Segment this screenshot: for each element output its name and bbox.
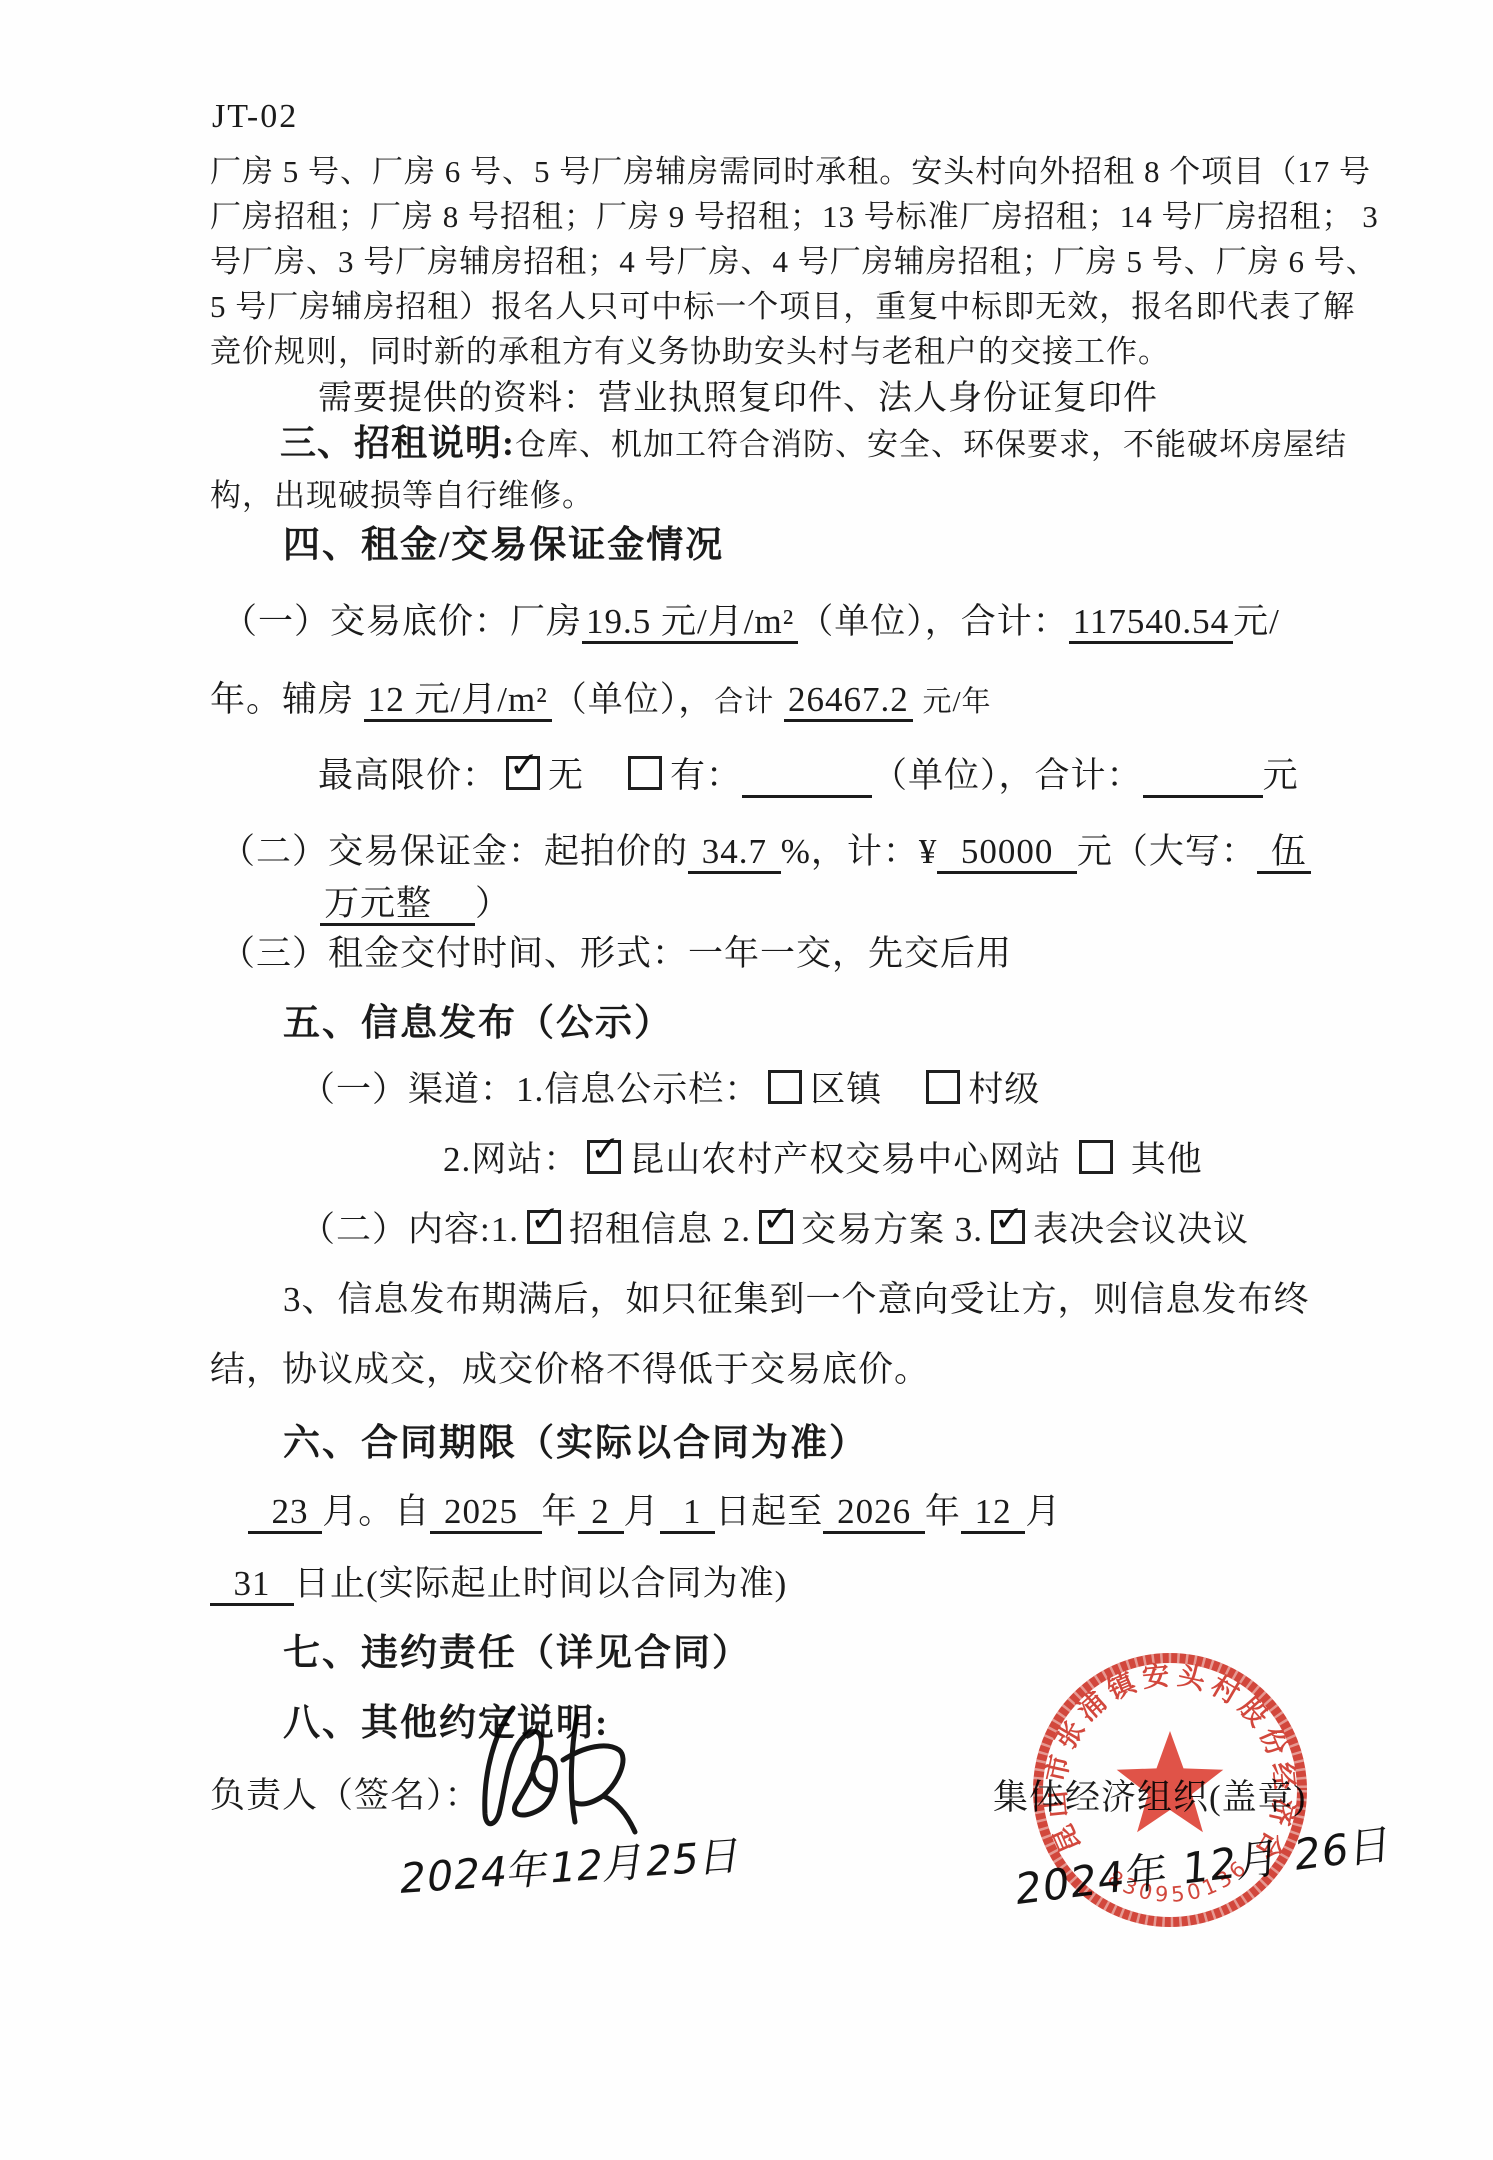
channel-label: （一）渠道：1.信息公示栏： bbox=[300, 1070, 760, 1109]
checkbox-district bbox=[768, 1070, 802, 1104]
content-item1: 招租信息 bbox=[569, 1210, 713, 1249]
para3-line1: 3、信息发布期满后，如只征集到一个意向受让方，则信息发布终 bbox=[283, 1272, 1310, 1322]
deposit-percent: 34.7 bbox=[702, 832, 767, 871]
other-site-label: 其他 bbox=[1131, 1140, 1203, 1179]
deposit-amount-fill: 50000 bbox=[937, 832, 1077, 874]
para1-line1: 厂房 5 号、厂房 6 号、5 号厂房辅房需同时承租。安头村向外招租 8 个项目… bbox=[210, 146, 1371, 191]
required-documents-line: 需要提供的资料：营业执照复印件、法人身份证复印件 bbox=[318, 370, 1158, 419]
price-cap-line: 最高限价：无有：（单位），合计：元 bbox=[318, 748, 1299, 798]
term-start-month: 2 bbox=[591, 1492, 610, 1531]
handwritten-signature bbox=[455, 1698, 670, 1848]
factory-total-fill: 117540.54 bbox=[1069, 602, 1233, 644]
village-label: 村级 bbox=[968, 1070, 1040, 1109]
deposit-label: （二）交易保证金：起拍价的 bbox=[220, 832, 688, 871]
section3-body1: 仓库、机加工符合消防、安全、环保要求，不能破坏房屋结 bbox=[515, 427, 1347, 462]
term-months: 23 bbox=[272, 1492, 309, 1531]
para3-line2: 结，协议成交，成交价格不得低于交易底价。 bbox=[210, 1342, 930, 1392]
term-start-year-fill: 2025 bbox=[430, 1492, 541, 1534]
factory-price-fill: 19.5 元/月/m² bbox=[582, 602, 798, 644]
term-start-day-fill: 1 bbox=[660, 1492, 716, 1534]
term-end-month-fill: 12 bbox=[961, 1492, 1026, 1534]
deposit-mid1: %，计：¥ bbox=[781, 832, 938, 871]
cap-total-blank bbox=[1143, 765, 1263, 798]
term-end-year: 2026 bbox=[837, 1492, 911, 1531]
base-price-label: （一）交易底价：厂房 bbox=[222, 602, 582, 641]
has-cap-label: 有： bbox=[670, 756, 742, 795]
website-line: 2.网站：昆山农村产权交易中心网站 其他 bbox=[443, 1132, 1203, 1182]
section6-heading: 六、合同期限（实际以合同为准） bbox=[283, 1412, 868, 1466]
term-t3: 月 bbox=[624, 1492, 660, 1531]
para1-line5: 竞价规则，同时新的承租方有义务协助安头村与老租户的交接工作。 bbox=[210, 326, 1170, 371]
term-t6: 月 bbox=[1025, 1492, 1061, 1531]
para1-line2: 厂房招租；厂房 8 号招租；厂房 9 号招租；13 号标准厂房招租；14 号厂房… bbox=[210, 191, 1379, 236]
checkbox-trade-plan-checked-icon bbox=[759, 1210, 793, 1244]
no-cap-label: 无 bbox=[548, 756, 584, 795]
checkbox-village bbox=[926, 1070, 960, 1104]
form-code: JT-02 bbox=[212, 98, 298, 136]
cap-yuan: 元 bbox=[1263, 756, 1299, 795]
cap-unit-note: （单位），合计： bbox=[872, 756, 1143, 795]
subtotal-label: 合计 bbox=[714, 686, 774, 718]
base-price-line1: （一）交易底价：厂房19.5 元/月/m²（单位），合计：117540.54元/ bbox=[222, 594, 1280, 644]
deposit-mid2: 元（大写： bbox=[1077, 832, 1257, 871]
channel-line: （一）渠道：1.信息公示栏：区镇村级 bbox=[300, 1062, 1040, 1112]
website-name: 昆山农村产权交易中心网站 bbox=[629, 1140, 1061, 1179]
org-seal-label: 集体经济组织(盖章) bbox=[993, 1770, 1306, 1820]
content-label: （二）内容:1. bbox=[300, 1210, 519, 1249]
term-end-month: 12 bbox=[975, 1492, 1012, 1531]
aux-total-fill: 26467.2 bbox=[784, 680, 913, 722]
section4-heading: 四、租金/交易保证金情况 bbox=[283, 514, 724, 568]
section3-body2: 构，出现破损等自行维修。 bbox=[210, 470, 594, 515]
aux-price-fill: 12 元/月/m² bbox=[364, 680, 552, 722]
section3-line: 三、招租说明:仓库、机加工符合消防、安全、环保要求，不能破坏房屋结 bbox=[280, 415, 1347, 466]
checkbox-resolution-checked-icon bbox=[991, 1210, 1025, 1244]
para1-line4: 5 号厂房辅房招租）报名人只可中标一个项目，重复中标即无效，报名即代表了解 bbox=[210, 281, 1355, 326]
term-t5: 年 bbox=[925, 1492, 961, 1531]
term-end-day: 31 bbox=[234, 1564, 271, 1603]
deposit-line1: （二）交易保证金：起拍价的 34.7 %，计：¥ 50000 元（大写： 伍 bbox=[220, 824, 1311, 874]
content-line: （二）内容:1.招租信息 2.交易方案 3.表决会议决议 bbox=[300, 1202, 1249, 1252]
unit-note1: （单位），合计： bbox=[798, 602, 1069, 641]
checkbox-no-cap-checked-icon bbox=[506, 756, 540, 790]
term-start-day: 1 bbox=[683, 1492, 702, 1531]
section5-heading: 五、信息发布（公示） bbox=[283, 992, 673, 1046]
term-end-year-fill: 2026 bbox=[823, 1492, 925, 1534]
checkbox-has-cap bbox=[628, 756, 662, 790]
aux-lead: 年。辅房 bbox=[210, 680, 354, 719]
per-year1: 元/ bbox=[1233, 602, 1280, 641]
content-num2: 2. bbox=[723, 1210, 751, 1249]
section3-heading: 三、招租说明: bbox=[280, 423, 515, 463]
deposit-capital-2: 万元整 bbox=[324, 884, 432, 923]
content-item3: 表决会议决议 bbox=[1033, 1210, 1249, 1249]
term-end-day-fill: 31 bbox=[210, 1564, 294, 1606]
para1-line3: 号厂房、3 号厂房辅房招租；4 号厂房、4 号厂房辅房招租；厂房 5 号、厂房 … bbox=[210, 236, 1378, 281]
price-cap-label: 最高限价： bbox=[318, 756, 498, 795]
term-start-month-fill: 2 bbox=[578, 1492, 624, 1534]
checkbox-rent-info-checked-icon bbox=[527, 1210, 561, 1244]
deposit-cn2-fill: 万元整 bbox=[320, 884, 475, 926]
per-year2: 元/年 bbox=[922, 686, 991, 718]
payment-terms-line: （三）租金交付时间、形式：一年一交，先交后用 bbox=[220, 926, 1012, 976]
term-t4: 日起至 bbox=[715, 1492, 823, 1531]
checkbox-other-site bbox=[1079, 1140, 1113, 1174]
district-label: 区镇 bbox=[810, 1070, 882, 1109]
deposit-capital-1: 伍 bbox=[1271, 832, 1307, 871]
base-price-line2: 年。辅房 12 元/月/m²（单位），合计 26467.2 元/年 bbox=[210, 672, 992, 722]
term-line2: 31 日止(实际起止时间以合同为准) bbox=[210, 1556, 787, 1606]
section7-heading: 七、违约责任（详见合同） bbox=[283, 1622, 751, 1676]
deposit-line2: 万元整 ） bbox=[320, 876, 511, 926]
content-item2: 交易方案 bbox=[801, 1210, 945, 1249]
term-start-year: 2025 bbox=[444, 1492, 518, 1531]
scanned-form-page: JT-02 厂房 5 号、厂房 6 号、5 号厂房辅房需同时承租。安头村向外招租… bbox=[0, 0, 1493, 2160]
deposit-amount: 50000 bbox=[961, 832, 1054, 871]
term-months-fill: 23 bbox=[248, 1492, 322, 1534]
website-label: 2.网站： bbox=[443, 1140, 579, 1179]
term-t1: 月。自 bbox=[322, 1492, 430, 1531]
deposit-cn1-fill: 伍 bbox=[1257, 832, 1311, 874]
checkbox-kunshan-site-checked-icon bbox=[587, 1140, 621, 1174]
deposit-percent-fill: 34.7 bbox=[688, 832, 781, 874]
term-line1: 23 月。自 2025 年 2 月 1 日起至 2026 年 12 月 bbox=[248, 1484, 1061, 1534]
cap-value-blank bbox=[742, 765, 872, 798]
signer-label: 负责人（签名）： bbox=[210, 1768, 481, 1818]
term-t2: 年 bbox=[542, 1492, 578, 1531]
term-t7: 日止(实际起止时间以合同为准) bbox=[294, 1564, 787, 1603]
content-num3: 3. bbox=[955, 1210, 983, 1249]
deposit-close-paren: ） bbox=[475, 884, 511, 923]
unit-note2: （单位）， bbox=[552, 680, 715, 719]
